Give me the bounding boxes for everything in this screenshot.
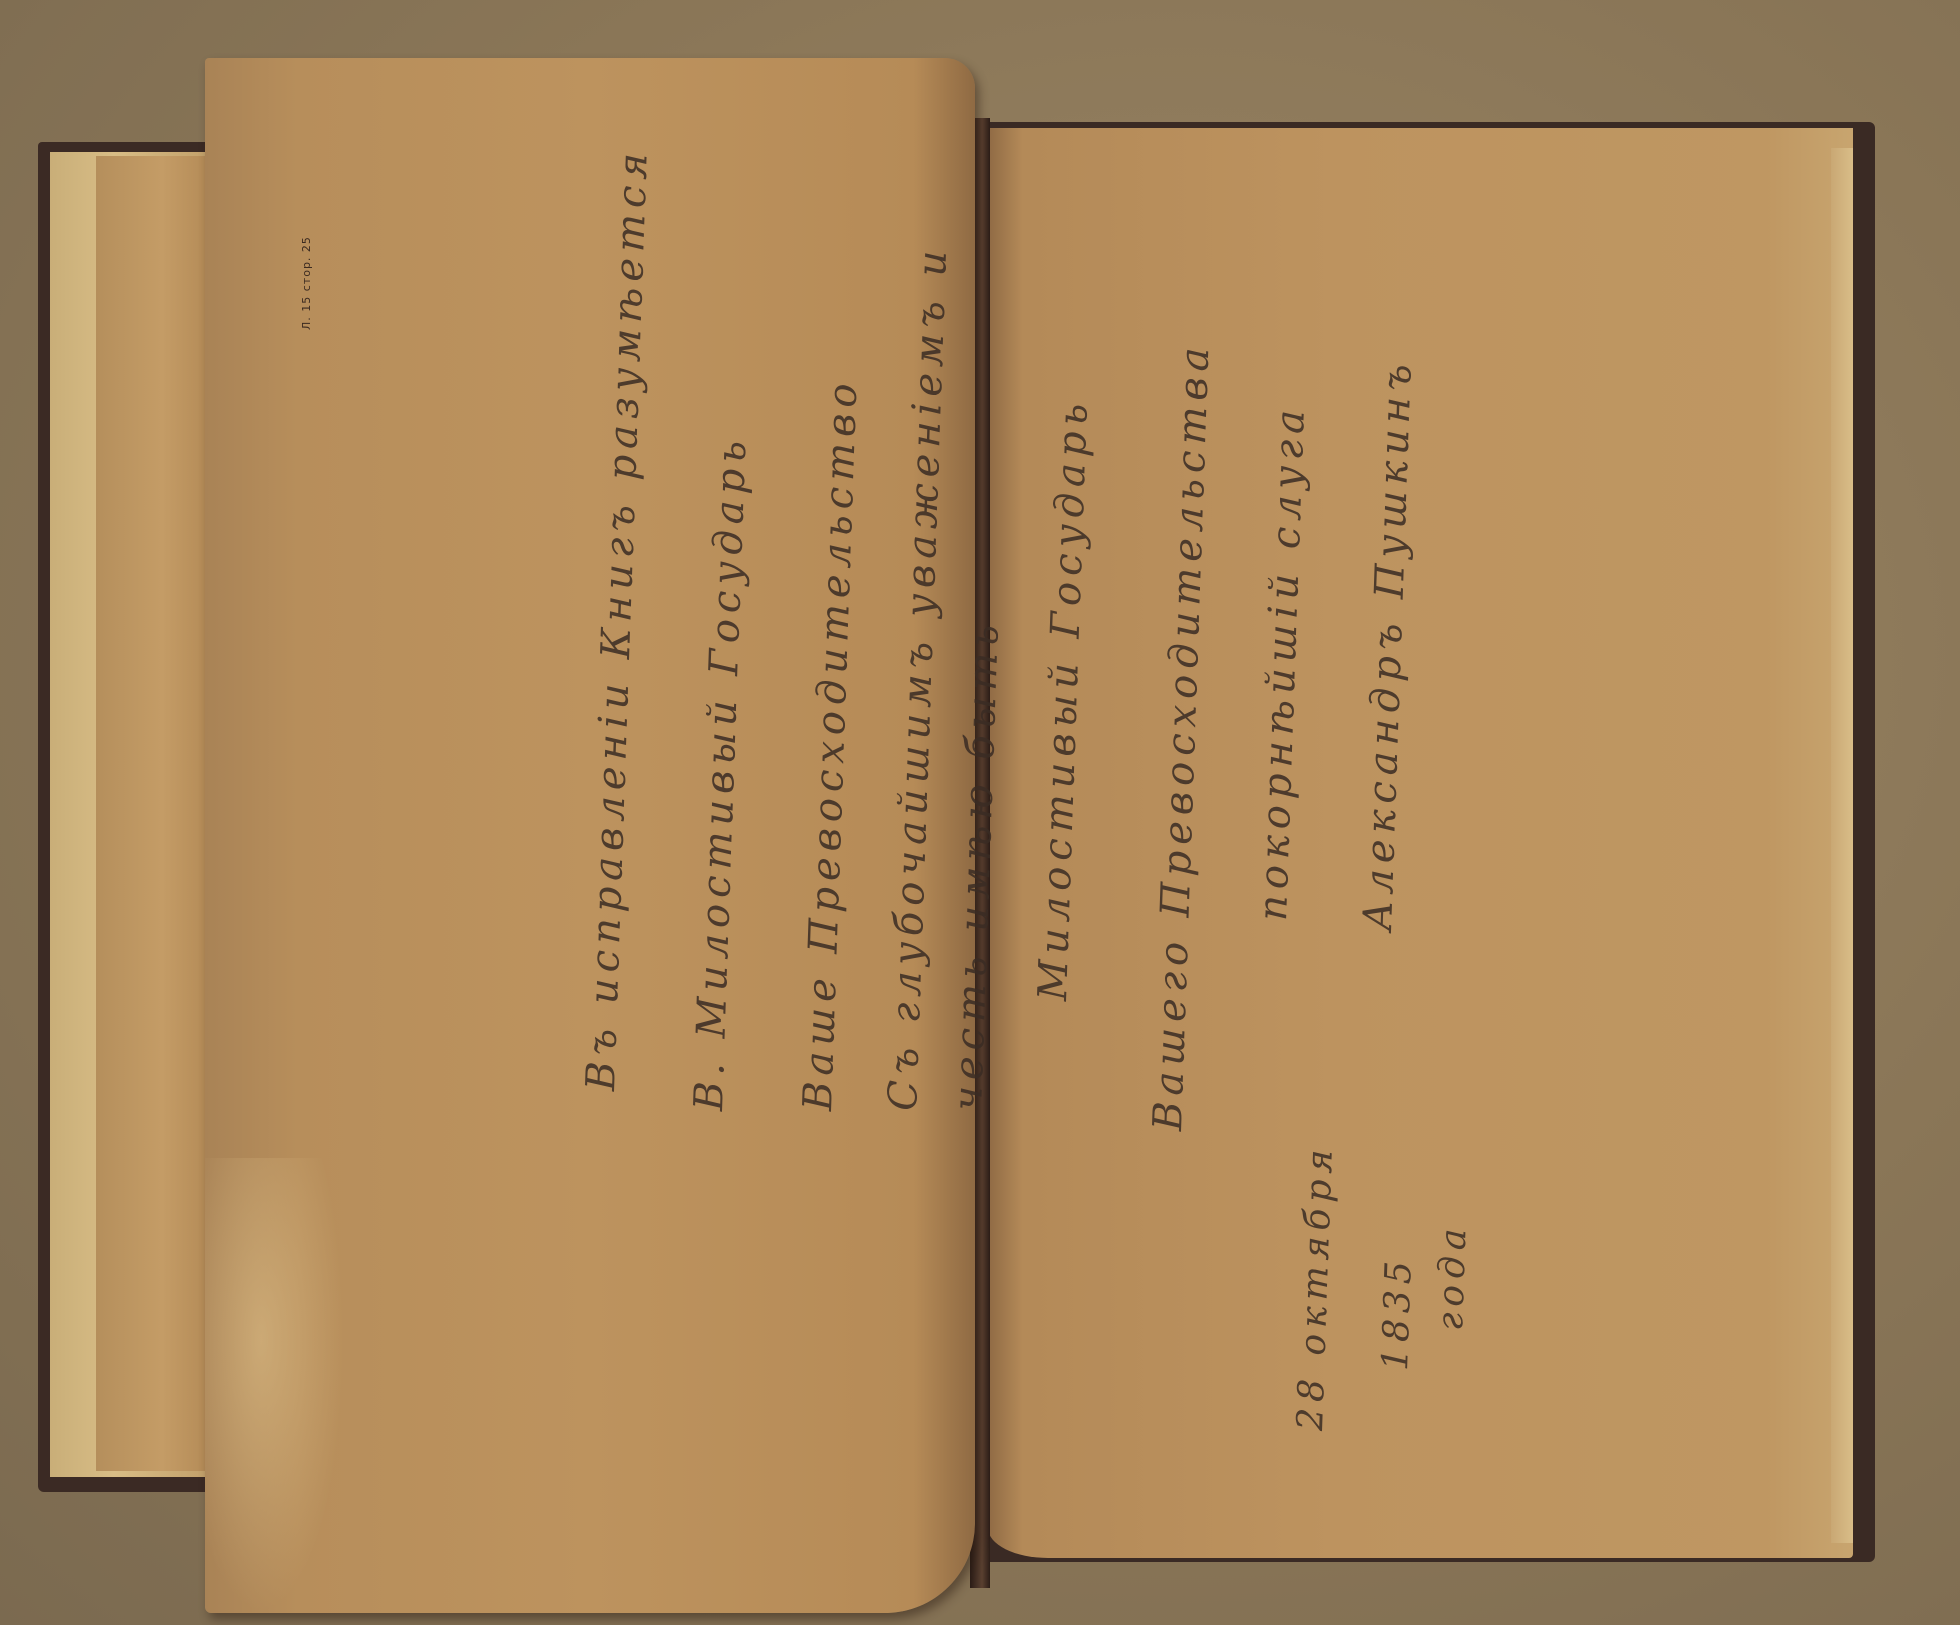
date-line: 1835	[1375, 1254, 1420, 1371]
right-page-edge	[1831, 148, 1853, 1543]
left-page-block	[50, 152, 210, 1477]
light-reflection	[205, 1158, 345, 1613]
book-photo: Л. 15 стор. 25 Въ исправленіи Книгъ разу…	[0, 0, 1960, 1625]
right-page	[988, 128, 1853, 1558]
left-page-stack	[96, 156, 206, 1471]
date-line: года	[1430, 1222, 1475, 1332]
archive-label: Л. 15 стор. 25	[300, 236, 313, 330]
